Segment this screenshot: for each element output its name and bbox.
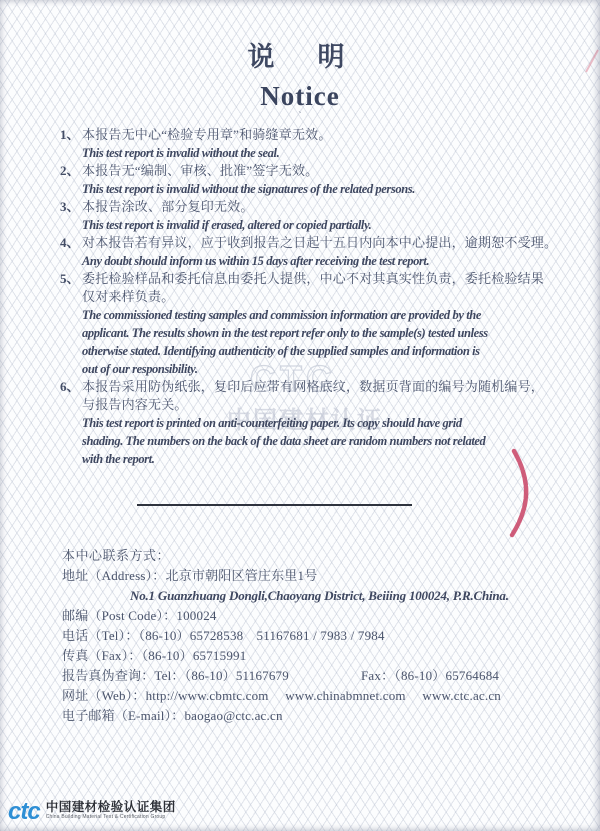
contact-post-code: 邮编（Post Code）：100024 — [62, 606, 570, 626]
item-number: 3、 — [60, 198, 80, 216]
red-seal-edge-mark — [503, 447, 541, 543]
notice-item-6: 6、 本报告采用防伪纸张，复印后应带有网格底纹，数据页背面的编号为随机编号， 与… — [60, 378, 562, 468]
notice-list: 1、 本报告无中心“检验专用章”和骑缝章无效。 This test report… — [60, 126, 562, 468]
ctc-logo-name-chinese: 中国建材检验认证集团 — [46, 800, 176, 814]
contact-web: 网址（Web）：http://www.cbmtc.com www.chinabm… — [62, 686, 570, 706]
item-number: 5、 — [60, 270, 80, 288]
notice-item-4: 4、 对本报告若有异议，应于收到报告之日起十五日内向本中心提出，逾期恕不受理。 … — [60, 234, 562, 270]
item-text-chinese: 本报告无中心“检验专用章”和骑缝章无效。 — [82, 126, 562, 144]
item-text-english: This test report is printed on anti-coun… — [82, 414, 562, 468]
item-text-english: This test report is invalid without the … — [82, 180, 562, 198]
item-text-chinese: 对本报告若有异议，应于收到报告之日起十五日内向本中心提出，逾期恕不受理。 — [82, 234, 562, 252]
notice-item-5: 5、 委托检验样品和委托信息由委托人提供，中心不对其真实性负责，委托检验结果 仅… — [60, 270, 562, 378]
contact-email: 电子邮箱（E-mail）：baogao@ctc.ac.cn — [62, 706, 570, 726]
ctc-logo-names: 中国建材检验认证集团 China Building Material Test … — [46, 800, 176, 821]
item-text-english: The commissioned testing samples and com… — [82, 306, 562, 378]
notice-item-1: 1、 本报告无中心“检验专用章”和骑缝章无效。 This test report… — [60, 126, 562, 162]
contact-heading: 本中心联系方式： — [62, 546, 570, 566]
item-text-chinese: 委托检验样品和委托信息由委托人提供，中心不对其真实性负责，委托检验结果 仅对来样… — [82, 270, 562, 306]
ctc-logo-name-english: China Building Material Test & Certifica… — [46, 814, 176, 821]
contact-address-en: No.1 Guanzhuang Dongli,Chaoyang District… — [62, 586, 570, 606]
item-text-chinese: 本报告涂改、部分复印无效。 — [82, 198, 562, 216]
item-text-chinese: 本报告无“编制、审核、批准”签字无效。 — [82, 162, 562, 180]
item-text-english: Any doubt should inform us within 15 day… — [82, 252, 562, 270]
contact-section: 本中心联系方式： 地址（Address）：北京市朝阳区管庄东里1号 No.1 G… — [62, 546, 570, 726]
stray-scan-mark: ` — [0, 112, 600, 120]
scanned-notice-page: CTC 中国建材认证 说 明 Notice ` 1、 本报告无中心“检验专用章”… — [0, 0, 600, 831]
contact-verify-line: 报告真伪查询：Tel：（86-10）51167679Fax：（86-10）657… — [62, 666, 570, 686]
page-title-english: Notice — [0, 80, 600, 112]
item-text-english: This test report is invalid without the … — [82, 144, 562, 162]
ctc-group-logo: ctc 中国建材检验认证集团 China Building Material T… — [8, 800, 176, 824]
notice-item-3: 3、 本报告涂改、部分复印无效。 This test report is inv… — [60, 198, 562, 234]
item-number: 1、 — [60, 126, 80, 144]
item-number: 2、 — [60, 162, 80, 180]
contact-fax: 传真（Fax）：（86-10）65715991 — [62, 646, 570, 666]
ctc-logo-acronym: ctc — [8, 800, 40, 824]
divider-line — [137, 504, 412, 506]
notice-item-2: 2、 本报告无“编制、审核、批准”签字无效。 This test report … — [60, 162, 562, 198]
contact-verify-tel: 报告真伪查询：Tel：（86-10）51167679 — [62, 668, 289, 683]
item-number: 6、 — [60, 378, 80, 396]
item-text-chinese: 本报告采用防伪纸张，复印后应带有网格底纹，数据页背面的编号为随机编号， 与报告内… — [82, 378, 562, 414]
contact-tel: 电话（Tel）：（86-10）65728538 51167681 / 7983 … — [62, 626, 570, 646]
item-number: 4、 — [60, 234, 80, 252]
contact-verify-fax: Fax：（86-10）65764684 — [361, 668, 499, 683]
contact-address-cn: 地址（Address）：北京市朝阳区管庄东里1号 — [62, 566, 570, 586]
item-text-english: This test report is invalid if erased, a… — [82, 216, 562, 234]
page-title-chinese: 说 明 — [0, 0, 600, 74]
